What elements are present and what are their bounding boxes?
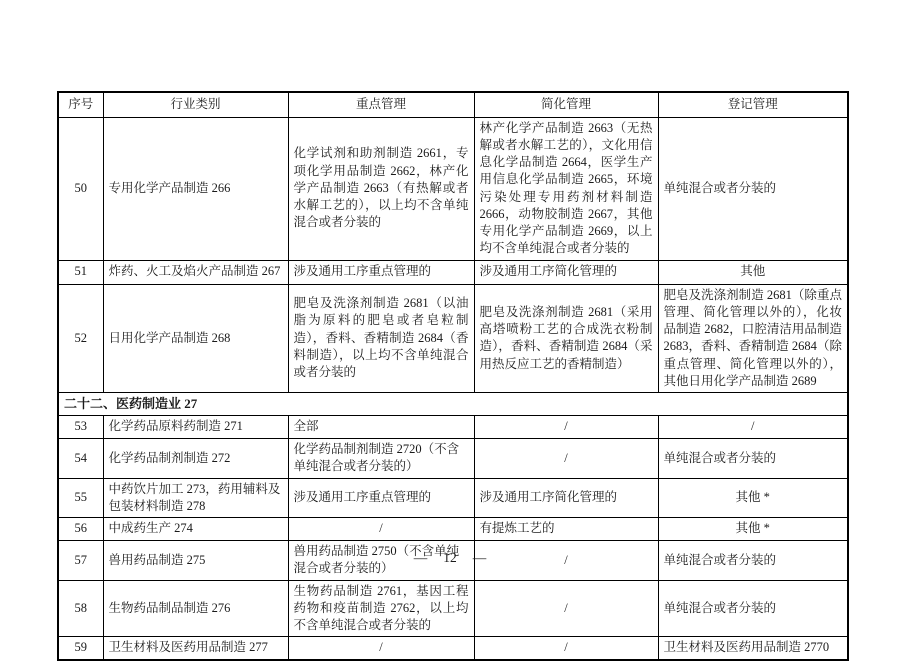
col-header-key-management: 重点管理 [288, 92, 474, 117]
cell-simplified-management: / [474, 416, 658, 439]
cell-registration-management: 单纯混合或者分装的 [658, 439, 848, 479]
cell-industry-category: 卫生材料及医药用品制造 277 [103, 637, 288, 660]
header-row: 序号 行业类别 重点管理 简化管理 登记管理 [58, 92, 848, 117]
table-row: 54 化学药品制剂制造 272 化学药品制剂制造 2720（不含单纯混合或者分装… [58, 439, 848, 479]
table-row: 51 炸药、火工及焰火产品制造 267 涉及通用工序重点管理的 涉及通用工序简化… [58, 260, 848, 284]
industry-classification-table: 序号 行业类别 重点管理 简化管理 登记管理 50 专用化学产品制造 266 化… [57, 91, 849, 661]
cell-serial-no: 55 [58, 478, 103, 518]
document-page: { "page": { "footer_dash": "—", "footer_… [0, 0, 900, 636]
table-row: 55 中药饮片加工 273，药用辅料及包装材料制造 278 涉及通用工序重点管理… [58, 478, 848, 518]
table-row: 58 生物药品制品制造 276 生物药品制造 2761，基因工程药物和疫苗制造 … [58, 580, 848, 637]
cell-industry-category: 专用化学产品制造 266 [103, 117, 288, 260]
cell-industry-category: 中药饮片加工 273，药用辅料及包装材料制造 278 [103, 478, 288, 518]
cell-registration-management: 单纯混合或者分装的 [658, 580, 848, 637]
cell-registration-management: 肥皂及洗涤剂制造 2681（除重点管理、简化管理以外的），化妆品制造 2682，… [658, 284, 848, 393]
cell-serial-no: 52 [58, 284, 103, 393]
col-header-simplified-management: 简化管理 [474, 92, 658, 117]
cell-simplified-management: 肥皂及洗涤剂制造 2681（采用高塔喷粉工艺的合成洗衣粉制造），香料、香精制造 … [474, 284, 658, 393]
cell-simplified-management: / [474, 637, 658, 660]
cell-industry-category: 炸药、火工及焰火产品制造 267 [103, 260, 288, 284]
table-row: 59 卫生材料及医药用品制造 277 / / 卫生材料及医药用品制造 2770 [58, 637, 848, 660]
footer-dash-left: — [414, 550, 428, 566]
cell-simplified-management: 涉及通用工序简化管理的 [474, 478, 658, 518]
table-row: 50 专用化学产品制造 266 化学试剂和助剂制造 2661，专项化学用品制造 … [58, 117, 848, 260]
col-header-serial-no: 序号 [58, 92, 103, 117]
col-header-industry-category: 行业类别 [103, 92, 288, 117]
cell-simplified-management: 有提炼工艺的 [474, 518, 658, 541]
section-header-pharma: 二十二、医药制造业 27 [58, 393, 848, 416]
table-row: 56 中成药生产 274 / 有提炼工艺的 其他 * [58, 518, 848, 541]
cell-registration-management: 其他 [658, 260, 848, 284]
cell-industry-category: 中成药生产 274 [103, 518, 288, 541]
cell-simplified-management: / [474, 439, 658, 479]
cell-registration-management: / [658, 416, 848, 439]
cell-registration-management: 单纯混合或者分装的 [658, 117, 848, 260]
cell-key-management: 涉及通用工序重点管理的 [288, 478, 474, 518]
cell-serial-no: 53 [58, 416, 103, 439]
page-footer: — 12 — [0, 550, 900, 566]
cell-key-management: 化学试剂和助剂制造 2661，专项化学用品制造 2662，林产化学产品制造 26… [288, 117, 474, 260]
cell-key-management: / [288, 637, 474, 660]
cell-key-management: 全部 [288, 416, 474, 439]
cell-simplified-management: / [474, 580, 658, 637]
cell-industry-category: 化学药品原料药制造 271 [103, 416, 288, 439]
cell-key-management: 化学药品制剂制造 2720（不含单纯混合或者分装的） [288, 439, 474, 479]
cell-simplified-management: 林产化学产品制造 2663（无热解或者水解工艺的），文化用信息化学品制造 266… [474, 117, 658, 260]
cell-industry-category: 日用化学产品制造 268 [103, 284, 288, 393]
cell-serial-no: 56 [58, 518, 103, 541]
cell-key-management: 肥皂及洗涤剂制造 2681（以油脂为原料的肥皂或者皂粒制造），香料、香精制造 2… [288, 284, 474, 393]
cell-serial-no: 59 [58, 637, 103, 660]
cell-industry-category: 生物药品制品制造 276 [103, 580, 288, 637]
cell-serial-no: 58 [58, 580, 103, 637]
cell-key-management: 生物药品制造 2761，基因工程药物和疫苗制造 2762，以上均不含单纯混合或者… [288, 580, 474, 637]
col-header-registration-management: 登记管理 [658, 92, 848, 117]
table-row: 53 化学药品原料药制造 271 全部 / / [58, 416, 848, 439]
cell-serial-no: 51 [58, 260, 103, 284]
cell-industry-category: 化学药品制剂制造 272 [103, 439, 288, 479]
table-row: 52 日用化学产品制造 268 肥皂及洗涤剂制造 2681（以油脂为原料的肥皂或… [58, 284, 848, 393]
footer-dash-right: — [473, 550, 487, 566]
page-number: 12 [443, 550, 457, 566]
cell-simplified-management: 涉及通用工序简化管理的 [474, 260, 658, 284]
cell-serial-no: 54 [58, 439, 103, 479]
cell-key-management: / [288, 518, 474, 541]
cell-registration-management: 卫生材料及医药用品制造 2770 [658, 637, 848, 660]
cell-registration-management: 其他 * [658, 478, 848, 518]
section-header-row: 二十二、医药制造业 27 [58, 393, 848, 416]
cell-registration-management: 其他 * [658, 518, 848, 541]
cell-key-management: 涉及通用工序重点管理的 [288, 260, 474, 284]
cell-serial-no: 50 [58, 117, 103, 260]
